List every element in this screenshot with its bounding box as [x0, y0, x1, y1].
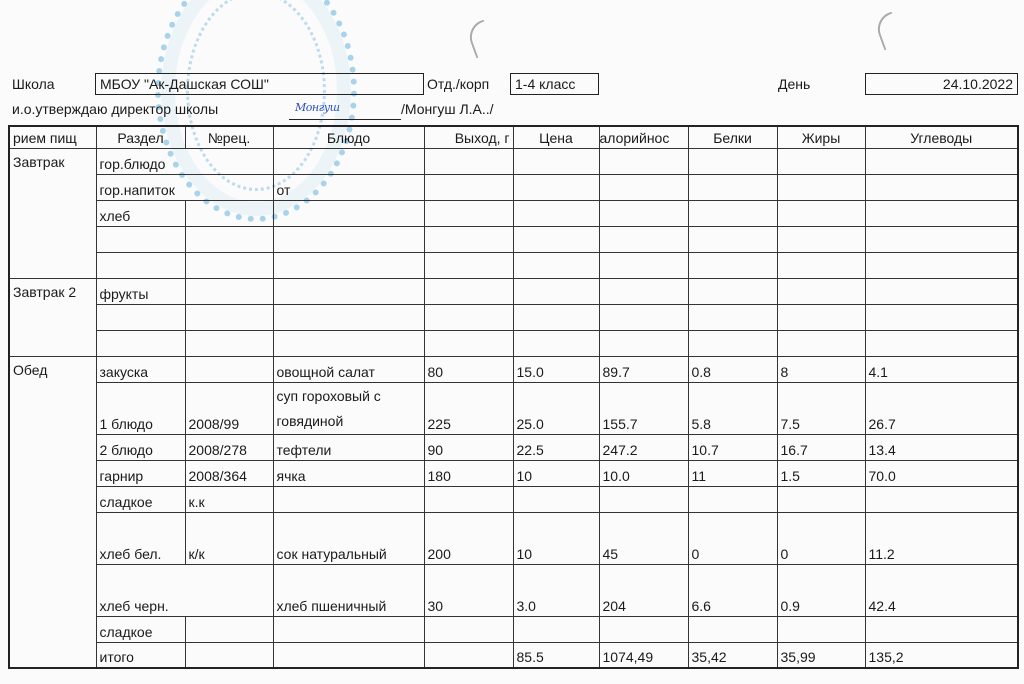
- meal-name: Обед: [9, 356, 96, 668]
- cell-recipe[interactable]: к/к: [185, 512, 273, 564]
- cell-calories[interactable]: [599, 252, 688, 278]
- cell-recipe[interactable]: [185, 642, 273, 668]
- cell-fat[interactable]: [777, 486, 865, 512]
- cell-recipe[interactable]: к.к: [185, 486, 273, 512]
- cell-protein[interactable]: 0: [688, 512, 777, 564]
- table-row: [9, 226, 1018, 252]
- cell-carbs[interactable]: 13.4: [865, 434, 1018, 460]
- table-row: сладкоек.к: [9, 486, 1018, 512]
- department-field[interactable]: 1-4 класс: [510, 73, 599, 95]
- day-label: День: [778, 76, 810, 92]
- cell-recipe[interactable]: [185, 252, 273, 278]
- cell-recipe[interactable]: 2008/99: [185, 382, 273, 434]
- cell-carbs[interactable]: [865, 486, 1018, 512]
- cell-section[interactable]: гор.напиток: [96, 174, 273, 200]
- signature-line: Монгуш: [289, 103, 401, 120]
- cell-section[interactable]: закуска: [96, 356, 185, 382]
- cell-output[interactable]: [424, 616, 513, 642]
- cell-dish[interactable]: ячка: [273, 460, 424, 486]
- cell-protein[interactable]: [688, 148, 777, 174]
- cell-dish[interactable]: [273, 486, 424, 512]
- cell-fat[interactable]: [777, 616, 865, 642]
- cell-calories[interactable]: 10.0: [599, 460, 688, 486]
- cell-recipe[interactable]: [185, 330, 273, 356]
- cell-section[interactable]: сладкое: [96, 616, 185, 642]
- table-row: Завтракгор.блюдо: [9, 148, 1018, 174]
- cell-output[interactable]: 225: [424, 382, 513, 434]
- cell-fat[interactable]: 0.9: [777, 564, 865, 616]
- cell-price[interactable]: [513, 226, 599, 252]
- cell-protein[interactable]: [688, 330, 777, 356]
- cell-carbs[interactable]: 70.0: [865, 460, 1018, 486]
- cell-price[interactable]: [513, 252, 599, 278]
- cell-section[interactable]: [96, 304, 185, 330]
- cell-dish[interactable]: [273, 252, 424, 278]
- cell-recipe[interactable]: [185, 278, 273, 304]
- cell-recipe[interactable]: [185, 616, 273, 642]
- cell-fat[interactable]: [777, 252, 865, 278]
- cell-dish[interactable]: от: [273, 174, 424, 200]
- cell-protein[interactable]: [688, 174, 777, 200]
- cell-price[interactable]: [513, 330, 599, 356]
- cell-fat[interactable]: [777, 330, 865, 356]
- cell-calories[interactable]: [599, 278, 688, 304]
- school-label: Школа: [12, 76, 55, 92]
- table-row: [9, 304, 1018, 330]
- table-header-row: рием пищ Раздел №рец. Блюдо Выход, г Цен…: [9, 126, 1018, 148]
- col-header-fat: Жиры: [777, 126, 865, 148]
- col-header-output: Выход, г: [424, 126, 513, 148]
- cell-calories[interactable]: [599, 330, 688, 356]
- table-row: гор.напитокот: [9, 174, 1018, 200]
- cell-carbs[interactable]: [865, 148, 1018, 174]
- cell-protein[interactable]: 0.8: [688, 356, 777, 382]
- cell-section[interactable]: 2 блюдо: [96, 434, 185, 460]
- cell-carbs[interactable]: [865, 226, 1018, 252]
- cell-fat[interactable]: 7.5: [777, 382, 865, 434]
- cell-calories[interactable]: [599, 486, 688, 512]
- cell-section[interactable]: [96, 330, 185, 356]
- cell-carbs[interactable]: 4.1: [865, 356, 1018, 382]
- cell-carbs[interactable]: [865, 304, 1018, 330]
- cell-section[interactable]: фрукты: [96, 278, 185, 304]
- cell-output[interactable]: [424, 486, 513, 512]
- cell-section[interactable]: [96, 252, 185, 278]
- cell-price[interactable]: [513, 148, 599, 174]
- cell-protein[interactable]: [688, 278, 777, 304]
- cell-dish[interactable]: [273, 226, 424, 252]
- cell-carbs[interactable]: [865, 278, 1018, 304]
- scan-mark: [465, 20, 495, 59]
- cell-protein[interactable]: 35,42: [688, 642, 777, 668]
- meal-name: Завтрак 2: [9, 278, 96, 356]
- table-row: гарнир2008/364ячка1801010.0111.570.0: [9, 460, 1018, 486]
- cell-output[interactable]: [424, 278, 513, 304]
- cell-price[interactable]: [513, 304, 599, 330]
- cell-price[interactable]: [513, 278, 599, 304]
- cell-fat[interactable]: 8: [777, 356, 865, 382]
- cell-carbs[interactable]: 135,2: [865, 642, 1018, 668]
- cell-price[interactable]: 25.0: [513, 382, 599, 434]
- cell-calories[interactable]: [599, 226, 688, 252]
- cell-output[interactable]: [424, 174, 513, 200]
- table-row: хлеб бел.к/ксок натуральный20010450011.2: [9, 512, 1018, 564]
- cell-output[interactable]: [424, 304, 513, 330]
- day-field[interactable]: 24.10.2022: [865, 73, 1018, 95]
- table-row: сладкое: [9, 616, 1018, 642]
- cell-carbs[interactable]: 42.4: [865, 564, 1018, 616]
- cell-calories[interactable]: [599, 200, 688, 226]
- meal-name: Завтрак: [9, 148, 96, 278]
- cell-carbs[interactable]: 26.7: [865, 382, 1018, 434]
- cell-recipe[interactable]: 2008/364: [185, 460, 273, 486]
- scan-mark: [873, 12, 903, 51]
- signature: Монгуш: [295, 101, 340, 114]
- cell-price[interactable]: [513, 200, 599, 226]
- table-row: хлеб: [9, 200, 1018, 226]
- col-header-carbs: Углеводы: [865, 126, 1018, 148]
- cell-price[interactable]: 85.5: [513, 642, 599, 668]
- cell-section[interactable]: гор.блюдо: [96, 148, 273, 174]
- table-row: Завтрак 2фрукты: [9, 278, 1018, 304]
- cell-calories[interactable]: 89.7: [599, 356, 688, 382]
- cell-fat[interactable]: 35,99: [777, 642, 865, 668]
- cell-output[interactable]: 180: [424, 460, 513, 486]
- cell-dish[interactable]: [273, 330, 424, 356]
- cell-dish[interactable]: [273, 642, 424, 668]
- cell-fat[interactable]: 16.7: [777, 434, 865, 460]
- cell-calories[interactable]: [599, 174, 688, 200]
- cell-fat[interactable]: 0: [777, 512, 865, 564]
- cell-calories[interactable]: 204: [599, 564, 688, 616]
- col-header-meal: рием пищ: [9, 126, 96, 148]
- cell-section[interactable]: хлеб: [96, 200, 185, 226]
- cell-dish[interactable]: [273, 278, 424, 304]
- director-name: /Монгуш Л.А../: [401, 101, 494, 117]
- cell-recipe[interactable]: [185, 200, 273, 226]
- cell-price[interactable]: [513, 486, 599, 512]
- cell-section[interactable]: 1 блюдо: [96, 382, 185, 434]
- cell-fat[interactable]: [777, 304, 865, 330]
- cell-dish[interactable]: суп гороховый с говядиной: [273, 382, 424, 434]
- cell-calories[interactable]: 155.7: [599, 382, 688, 434]
- cell-fat[interactable]: [777, 278, 865, 304]
- cell-price[interactable]: [513, 616, 599, 642]
- cell-price[interactable]: 15.0: [513, 356, 599, 382]
- cell-section[interactable]: хлеб бел.: [96, 512, 185, 564]
- cell-carbs[interactable]: [865, 200, 1018, 226]
- school-field[interactable]: МБОУ "Ак-Дашская СОШ": [95, 73, 424, 95]
- cell-recipe[interactable]: 2008/278: [185, 434, 273, 460]
- table-row: итого85.51074,4935,4235,99135,2: [9, 642, 1018, 668]
- cell-section[interactable]: [96, 226, 185, 252]
- cell-carbs[interactable]: [865, 616, 1018, 642]
- cell-output[interactable]: [424, 330, 513, 356]
- cell-protein[interactable]: 11: [688, 460, 777, 486]
- cell-dish[interactable]: [273, 616, 424, 642]
- cell-price[interactable]: 10: [513, 512, 599, 564]
- cell-dish[interactable]: [273, 148, 424, 174]
- cell-price[interactable]: [513, 174, 599, 200]
- cell-fat[interactable]: 1.5: [777, 460, 865, 486]
- col-header-protein: Белки: [688, 126, 777, 148]
- approval-text: и.о.утверждаю директор школы: [12, 101, 218, 117]
- cell-output[interactable]: [424, 148, 513, 174]
- cell-protein[interactable]: [688, 616, 777, 642]
- cell-recipe[interactable]: [185, 304, 273, 330]
- cell-output[interactable]: 80: [424, 356, 513, 382]
- cell-section[interactable]: итого: [96, 642, 185, 668]
- cell-dish[interactable]: сок натуральный: [273, 512, 424, 564]
- cell-protein[interactable]: 10.7: [688, 434, 777, 460]
- table-row: 2 блюдо2008/278тефтели9022.5247.210.716.…: [9, 434, 1018, 460]
- cell-output[interactable]: 90: [424, 434, 513, 460]
- cell-output[interactable]: [424, 642, 513, 668]
- table-row: 1 блюдо2008/99суп гороховый с говядиной2…: [9, 382, 1018, 434]
- menu-table: рием пищ Раздел №рец. Блюдо Выход, г Цен…: [8, 125, 1019, 669]
- cell-calories[interactable]: 45: [599, 512, 688, 564]
- cell-fat[interactable]: [777, 226, 865, 252]
- cell-carbs[interactable]: [865, 174, 1018, 200]
- cell-dish[interactable]: [273, 304, 424, 330]
- cell-dish[interactable]: хлеб пшеничный: [273, 564, 424, 616]
- cell-output[interactable]: [424, 200, 513, 226]
- cell-output[interactable]: [424, 252, 513, 278]
- cell-carbs[interactable]: 11.2: [865, 512, 1018, 564]
- cell-recipe[interactable]: [185, 356, 273, 382]
- table-row: [9, 330, 1018, 356]
- col-header-section: Раздел: [96, 126, 185, 148]
- cell-carbs[interactable]: [865, 330, 1018, 356]
- cell-fat[interactable]: [777, 200, 865, 226]
- table-row: хлеб черн.хлеб пшеничный303.02046.60.942…: [9, 564, 1018, 616]
- col-header-dish: Блюдо: [273, 126, 424, 148]
- cell-fat[interactable]: [777, 148, 865, 174]
- cell-protein[interactable]: [688, 304, 777, 330]
- cell-output[interactable]: 30: [424, 564, 513, 616]
- cell-section[interactable]: сладкое: [96, 486, 185, 512]
- department-label: Отд./корп: [427, 76, 489, 92]
- cell-calories[interactable]: [599, 148, 688, 174]
- cell-price[interactable]: 22.5: [513, 434, 599, 460]
- cell-protein[interactable]: 6.6: [688, 564, 777, 616]
- cell-fat[interactable]: [777, 174, 865, 200]
- col-header-calories: алорийнос: [599, 126, 688, 148]
- cell-protein[interactable]: 5.8: [688, 382, 777, 434]
- cell-dish[interactable]: [273, 200, 424, 226]
- cell-output[interactable]: [424, 226, 513, 252]
- cell-protein[interactable]: [688, 486, 777, 512]
- cell-dish[interactable]: тефтели: [273, 434, 424, 460]
- cell-protein[interactable]: [688, 226, 777, 252]
- cell-section[interactable]: хлеб черн.: [96, 564, 273, 616]
- cell-section[interactable]: гарнир: [96, 460, 185, 486]
- cell-calories[interactable]: [599, 616, 688, 642]
- cell-dish[interactable]: овощной салат: [273, 356, 424, 382]
- cell-calories[interactable]: [599, 304, 688, 330]
- col-header-price: Цена: [513, 126, 599, 148]
- cell-calories[interactable]: 247.2: [599, 434, 688, 460]
- cell-recipe[interactable]: [185, 226, 273, 252]
- cell-carbs[interactable]: [865, 252, 1018, 278]
- cell-price[interactable]: 3.0: [513, 564, 599, 616]
- cell-calories[interactable]: 1074,49: [599, 642, 688, 668]
- cell-protein[interactable]: [688, 252, 777, 278]
- cell-output[interactable]: 200: [424, 512, 513, 564]
- col-header-recipe: №рец.: [185, 126, 273, 148]
- table-row: [9, 252, 1018, 278]
- table-row: Обедзакускаовощной салат8015.089.70.884.…: [9, 356, 1018, 382]
- cell-price[interactable]: 10: [513, 460, 599, 486]
- cell-protein[interactable]: [688, 200, 777, 226]
